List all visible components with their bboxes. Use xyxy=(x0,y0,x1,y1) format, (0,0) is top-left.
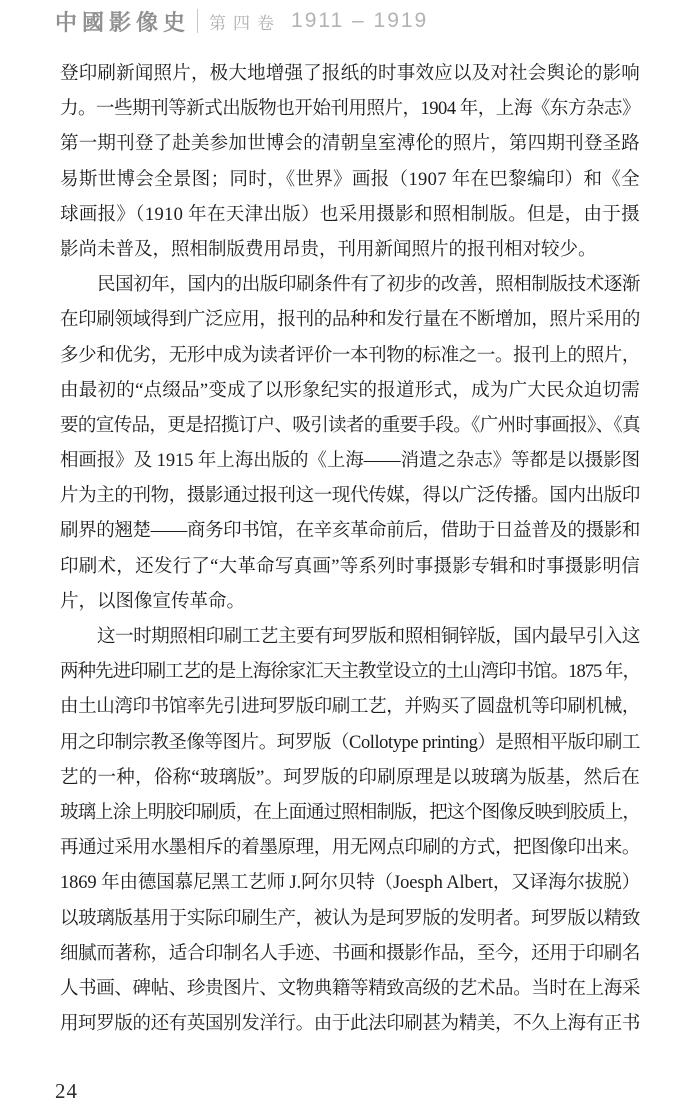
text-line: 艺的一种，俗称“玻璃版”。珂罗版的印刷原理是以玻璃为版基，然后在 xyxy=(60,761,640,796)
text-line-content: 细腻而著称，适合印制名人手迹、书画和摄影作品，至今，还用于印刷名 xyxy=(60,937,640,972)
text-line: 由土山湾印书馆率先引进珂罗版印刷工艺，并购买了圆盘机等印刷机械， xyxy=(60,690,640,725)
text-line-content: 要的宣传品，更是招揽订户、吸引读者的重要手段。《广州时事画报》、《真 xyxy=(60,409,640,444)
text-line-content: 球画报》（1910 年在天津出版）也采用摄影和照相制版。但是，由于摄 xyxy=(60,198,640,233)
text-line: 片为主的刊物，摄影通过报刊这一现代传媒，得以广泛传播。国内出版印 xyxy=(60,479,640,514)
text-line-content: 再通过采用水墨相斥的着墨原理，用无网点印刷的方式，把图像印出来。 xyxy=(60,831,640,866)
text-line-content: 力。一些期刊等新式出版物也开始刊用照片，1904 年，上海《东方杂志》 xyxy=(60,92,640,127)
text-line-content: 登印刷新闻照片，极大地增强了报纸的时事效应以及对社会舆论的影响 xyxy=(60,57,640,92)
text-line: 由最初的“点缀品”变成了以形象纪实的报道形式，成为广大民众迫切需 xyxy=(60,374,640,409)
text-line: 相画报》及 1915 年上海出版的《上海——消遣之杂志》等都是以摄影图 xyxy=(60,444,640,479)
text-line: 细腻而著称，适合印制名人手迹、书画和摄影作品，至今，还用于印刷名 xyxy=(60,937,640,972)
text-line: 登印刷新闻照片，极大地增强了报纸的时事效应以及对社会舆论的影响 xyxy=(60,57,640,92)
text-line-content: 以玻璃版基用于实际印刷生产，被认为是珂罗版的发明者。珂罗版以精致 xyxy=(60,902,640,937)
text-line-content: 用珂罗版的还有英国别发洋行。由于此法印刷甚为精美，不久上海有正书 xyxy=(60,1007,640,1042)
text-line: 刷界的翘楚——商务印书馆，在辛亥革命前后，借助于日益普及的摄影和 xyxy=(60,514,640,549)
text-line: 用珂罗版的还有英国别发洋行。由于此法印刷甚为精美，不久上海有正书 xyxy=(60,1007,640,1042)
text-line: 1869 年由德国慕尼黑工艺师 J.阿尔贝特（Joesph Albert，又译海… xyxy=(60,866,640,901)
text-line: 多少和优劣，无形中成为读者评价一本刊物的标准之一。报刊上的照片， xyxy=(60,339,640,374)
text-line: 用之印制宗教圣像等图片。珂罗版（Collotype printing）是照相平版… xyxy=(60,726,640,761)
paragraph: 登印刷新闻照片，极大地增强了报纸的时事效应以及对社会舆论的影响力。一些期刊等新式… xyxy=(60,57,640,268)
text-line-content: 易斯世博会全景图；同时，《世界》画报（1907 年在巴黎编印）和《全 xyxy=(60,163,640,198)
text-line-content: 玻璃上涂上明胶印刷质，在上面通过照相制版，把这个图像反映到胶质上， xyxy=(60,796,640,831)
text-line: 球画报》（1910 年在天津出版）也采用摄影和照相制版。但是，由于摄 xyxy=(60,198,640,233)
text-line: 易斯世博会全景图；同时，《世界》画报（1907 年在巴黎编印）和《全 xyxy=(60,163,640,198)
text-line: 在印刷领域得到广泛应用，报刊的品种和发行量在不断增加，照片采用的 xyxy=(60,303,640,338)
text-line-content: 由土山湾印书馆率先引进珂罗版印刷工艺，并购买了圆盘机等印刷机械， xyxy=(60,690,640,725)
text-line: 力。一些期刊等新式出版物也开始刊用照片，1904 年，上海《东方杂志》 xyxy=(60,92,640,127)
page-number: 24 xyxy=(55,1079,78,1103)
text-line: 这一时期照相印刷工艺主要有珂罗版和照相铜锌版，国内最早引入这 xyxy=(60,620,640,655)
text-line: 民国初年，国内的出版印刷条件有了初步的改善，照相制版技术逐渐 xyxy=(60,268,640,303)
text-line: 再通过采用水墨相斥的着墨原理，用无网点印刷的方式，把图像印出来。 xyxy=(60,831,640,866)
page-footer: 24 xyxy=(55,1079,78,1104)
text-line-content: 刷界的翘楚——商务印书馆，在辛亥革命前后，借助于日益普及的摄影和 xyxy=(60,514,640,549)
text-line-content: 民国初年，国内的出版印刷条件有了初步的改善，照相制版技术逐渐 xyxy=(97,268,640,303)
text-line: 第一期刊登了赴美参加世博会的清朝皇室溥伦的照片，第四期刊登圣路 xyxy=(60,127,640,162)
text-line-content: 影尚未普及，照相制版费用昂贵，刊用新闻照片的报刊相对较少。 xyxy=(60,233,597,268)
text-line-content: 人书画、碑帖、珍贵图片、文物典籍等精致高级的艺术品。当时在上海采 xyxy=(60,972,640,1007)
paragraph: 民国初年，国内的出版印刷条件有了初步的改善，照相制版技术逐渐在印刷领域得到广泛应… xyxy=(60,268,640,620)
text-line-content: 用之印制宗教圣像等图片。珂罗版（Collotype printing）是照相平版… xyxy=(60,726,640,761)
text-line-content: 印刷术，还发行了“大革命写真画”等系列时事摄影专辑和时事摄影明信 xyxy=(60,550,640,585)
text-line: 人书画、碑帖、珍贵图片、文物典籍等精致高级的艺术品。当时在上海采 xyxy=(60,972,640,1007)
text-line: 以玻璃版基用于实际印刷生产，被认为是珂罗版的发明者。珂罗版以精致 xyxy=(60,902,640,937)
text-line-content: 相画报》及 1915 年上海出版的《上海——消遣之杂志》等都是以摄影图 xyxy=(60,444,640,479)
text-line-content: 艺的一种，俗称“玻璃版”。珂罗版的印刷原理是以玻璃为版基，然后在 xyxy=(60,761,640,796)
body-text: 登印刷新闻照片，极大地增强了报纸的时事效应以及对社会舆论的影响力。一些期刊等新式… xyxy=(60,57,640,1042)
text-line-content: 多少和优劣，无形中成为读者评价一本刊物的标准之一。报刊上的照片， xyxy=(60,339,640,374)
running-head: 中國影像史 第四卷 1911 – 1919 xyxy=(55,6,428,36)
book-title: 中國影像史 xyxy=(55,6,190,37)
text-line-content: 这一时期照相印刷工艺主要有珂罗版和照相铜锌版，国内最早引入这 xyxy=(97,620,640,655)
text-line-content: 1869 年由德国慕尼黑工艺师 J.阿尔贝特（Joesph Albert，又译海… xyxy=(60,866,640,901)
paragraph: 这一时期照相印刷工艺主要有珂罗版和照相铜锌版，国内最早引入这两种先进印刷工艺的是… xyxy=(60,620,640,1042)
header-divider xyxy=(197,9,198,33)
text-line: 要的宣传品，更是招揽订户、吸引读者的重要手段。《广州时事画报》、《真 xyxy=(60,409,640,444)
text-line: 片，以图像宣传革命。 xyxy=(60,585,640,620)
text-line: 两种先进印刷工艺的是上海徐家汇天主教堂设立的土山湾印书馆。1875 年， xyxy=(60,655,640,690)
book-page: 中國影像史 第四卷 1911 – 1919 登印刷新闻照片，极大地增强了报纸的时… xyxy=(0,0,700,1120)
volume-years: 1911 – 1919 xyxy=(291,9,428,33)
text-line-content: 两种先进印刷工艺的是上海徐家汇天主教堂设立的土山湾印书馆。1875 年， xyxy=(60,655,640,690)
text-line: 玻璃上涂上明胶印刷质，在上面通过照相制版，把这个图像反映到胶质上， xyxy=(60,796,640,831)
volume-label: 第四卷 xyxy=(209,9,281,34)
text-line-content: 由最初的“点缀品”变成了以形象纪实的报道形式，成为广大民众迫切需 xyxy=(60,374,640,409)
text-line-content: 在印刷领域得到广泛应用，报刊的品种和发行量在不断增加，照片采用的 xyxy=(60,303,640,338)
text-line: 影尚未普及，照相制版费用昂贵，刊用新闻照片的报刊相对较少。 xyxy=(60,233,640,268)
text-line-content: 第一期刊登了赴美参加世博会的清朝皇室溥伦的照片，第四期刊登圣路 xyxy=(60,127,640,162)
text-line: 印刷术，还发行了“大革命写真画”等系列时事摄影专辑和时事摄影明信 xyxy=(60,550,640,585)
text-line-content: 片，以图像宣传革命。 xyxy=(60,585,245,620)
text-line-content: 片为主的刊物，摄影通过报刊这一现代传媒，得以广泛传播。国内出版印 xyxy=(60,479,640,514)
